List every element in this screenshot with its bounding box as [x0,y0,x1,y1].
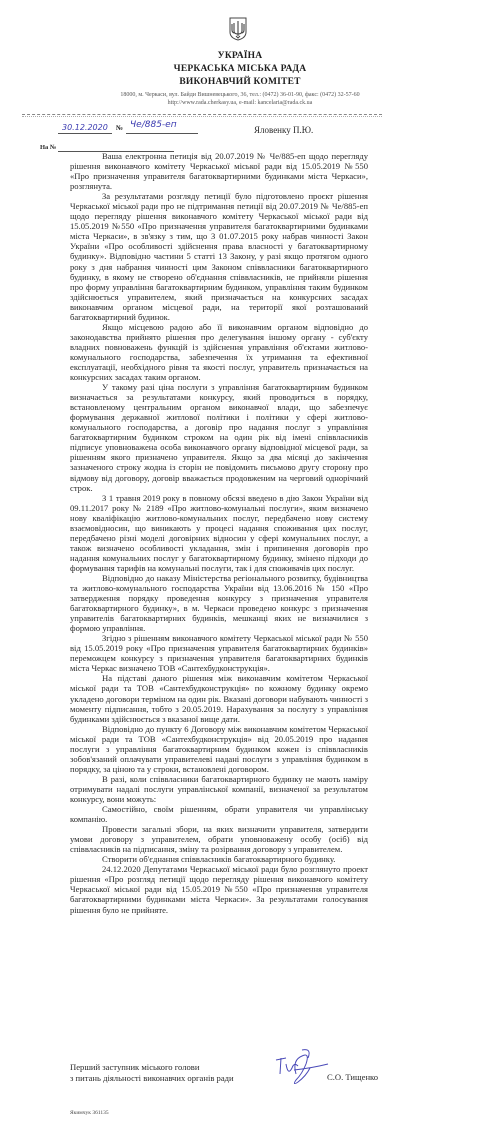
handwritten-signature-icon [272,1046,332,1088]
recipient-name: Яловенку П.Ю. [254,125,313,135]
body-paragraph: Ваша електронна петиція від 20.07.2019 №… [70,151,368,191]
letter-body: Ваша електронна петиція від 20.07.2019 №… [70,151,368,915]
body-paragraph: У такому разі ціна послуги з управління … [70,382,368,493]
body-paragraph: На підставі даного рішення між виконавчи… [70,673,368,723]
outgoing-number-label: № [116,124,123,132]
trident-coat-of-arms-icon [229,17,247,41]
incoming-number-label: На № [40,144,56,151]
letterhead-divider [22,114,382,115]
body-paragraph: В разі, коли співвласники багатоквартирн… [70,774,368,804]
body-paragraph: Провести загальні збори, на яких визначи… [70,824,368,854]
body-paragraph: 24.12.2020 Депутатами Черкаської міської… [70,864,368,914]
body-paragraph: Відповідно до наказу Міністерства регіон… [70,573,368,633]
signatory-position: Перший заступник міського голови з питан… [70,1062,234,1083]
body-paragraph: З 1 травня 2019 року в повному обсязі вв… [70,493,368,573]
letterhead-divider-secondary [22,116,382,117]
letter-page: УКРАЇНА ЧЕРКАСЬКА МІСЬКА РАДА ВИКОНАВЧИЙ… [0,0,480,1125]
body-paragraph: Якщо місцевою радою або її виконавчим ор… [70,322,368,382]
body-paragraph: За результатами розгляду петиції було пі… [70,191,368,322]
letterhead-address: 18000, м. Черкаси, вул. Байди Вишневецьк… [0,92,480,98]
body-paragraph: Відповідно до пункту 6 Договору між вико… [70,724,368,774]
outgoing-number: Че/885-еп [126,119,198,134]
letterhead-committee: ВИКОНАВЧИЙ КОМІТЕТ [0,77,480,87]
letterhead-web-email: http://www.rada.cherkasy.ua, e-mail: kan… [0,100,480,106]
outgoing-date: 30.12.2020 [58,122,112,134]
body-paragraph: Самостійно, своїм рішенням, обрати управ… [70,804,368,824]
body-paragraph: Згідно з рішенням виконавчого комітету Ч… [70,633,368,673]
signatory-position-line1: Перший заступник міського голови [70,1062,234,1073]
body-paragraph: Створити об'єднання співвласників багато… [70,854,368,864]
executor-note: Якимчук 361135 [70,1110,109,1116]
signatory-position-line2: з питань діяльності виконавчих органів р… [70,1073,234,1084]
letterhead-council: ЧЕРКАСЬКА МІСЬКА РАДА [0,64,480,74]
signatory-name: С.О. Тищенко [327,1072,378,1082]
letterhead-country: УКРАЇНА [0,51,480,61]
